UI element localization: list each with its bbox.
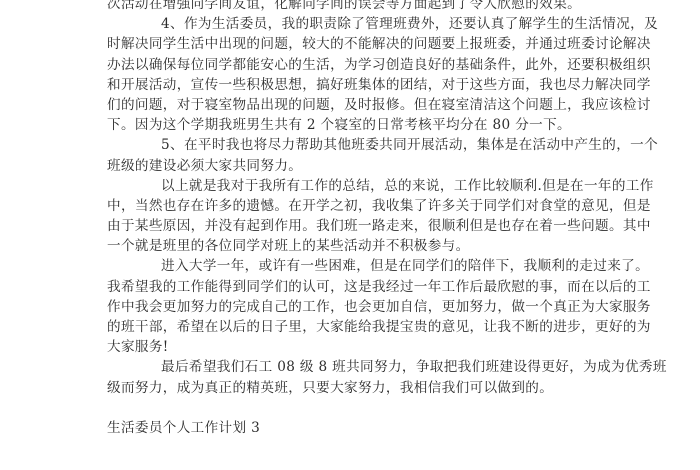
- text-line: 最后希望我们石工 08 级 8 班共同努力，争取把我们班建设得更好，为成为优秀班: [107, 357, 597, 377]
- text-line: 时解决同学生活中出现的问题，较大的不能解决的问题要上报班委，并通过班委讨论解决: [107, 34, 597, 54]
- text-line: 次活动在增强同学间友谊，化解同学间的误会等方面起到了令人欣慰的效果。: [107, 0, 597, 14]
- text-line: 下。因为这个学期我班男生共有 2 个寝室的日常考核平均分在 80 分一下。: [107, 115, 597, 135]
- text-line: 的班干部，希望在以后的日子里，大家能给我提宝贵的意见，让我不断的进步，更好的为: [107, 317, 597, 337]
- paragraph-item-4: 4、作为生活委员，我的职责除了管理班费外，还要认真了解学生的生活情况，及 时解决…: [107, 14, 597, 135]
- paragraph-intro-tail: 次活动在增强同学间友谊，化解同学间的误会等方面起到了令人欣慰的效果。: [107, 0, 597, 14]
- text-line: 以上就是我对于我所有工作的总结，总的来说，工作比较顺利.但是在一年的工作: [107, 176, 597, 196]
- paragraph-spacer: [107, 398, 597, 418]
- text-line: 由于某些原因，并没有起到作用。我们班一路走来，很顺利但是也存在着一些问题。其中: [107, 216, 597, 236]
- text-line: 我希望我的工作能得到同学们的认可，这是我经过一年工作后最欣慰的事，而在以后的工: [107, 277, 597, 297]
- paragraph-reflection: 进入大学一年，或许有一些困难，但是在同学们的陪伴下，我顺利的走过来了。 我希望我…: [107, 256, 597, 357]
- text-line: 大家服务!: [107, 337, 597, 357]
- section-heading: 生活委员个人工作计划 3: [107, 418, 597, 438]
- document-page: 次活动在增强同学间友谊，化解同学间的误会等方面起到了令人欣慰的效果。 4、作为生…: [107, 0, 597, 438]
- text-line: 进入大学一年，或许有一些困难，但是在同学们的陪伴下，我顺利的走过来了。: [107, 256, 597, 276]
- text-line: 办法以确保每位同学都能安心的生活，为学习创造良好的基础条件，此外，还要积极组织: [107, 55, 597, 75]
- text-line: 5、在平时我也将尽力帮助其他班委共同开展活动，集体是在活动中产生的，一个: [107, 135, 597, 155]
- text-line: 级而努力，成为真正的精英班，只要大家努力，我相信我们可以做到的。: [107, 378, 597, 398]
- text-line: 4、作为生活委员，我的职责除了管理班费外，还要认真了解学生的生活情况，及: [107, 14, 597, 34]
- text-line: 作中我会更加努力的完成自己的工作，也会更加自信，更加努力，做一个真正为大家服务: [107, 297, 597, 317]
- paragraph-summary: 以上就是我对于我所有工作的总结，总的来说，工作比较顺利.但是在一年的工作 中，当…: [107, 176, 597, 257]
- paragraph-closing: 最后希望我们石工 08 级 8 班共同努力，争取把我们班建设得更好，为成为优秀班…: [107, 357, 597, 397]
- text-line: 班级的建设必须大家共同努力。: [107, 156, 597, 176]
- text-line: 们的问题，对于寝室物品出现的问题，及时报修。但在寝室清洁这个问题上，我应该检讨: [107, 95, 597, 115]
- text-line: 和开展活动，宣传一些积极思想，搞好班集体的团结，对于这些方面，我也尽力解决同学: [107, 75, 597, 95]
- text-line: 中，当然也存在许多的遗憾。在开学之初，我收集了许多关于同学们对食堂的意见，但是: [107, 196, 597, 216]
- paragraph-item-5: 5、在平时我也将尽力帮助其他班委共同开展活动，集体是在活动中产生的，一个 班级的…: [107, 135, 597, 175]
- text-line: 一个就是班里的各位同学对班上的某些活动并不积极参与。: [107, 236, 597, 256]
